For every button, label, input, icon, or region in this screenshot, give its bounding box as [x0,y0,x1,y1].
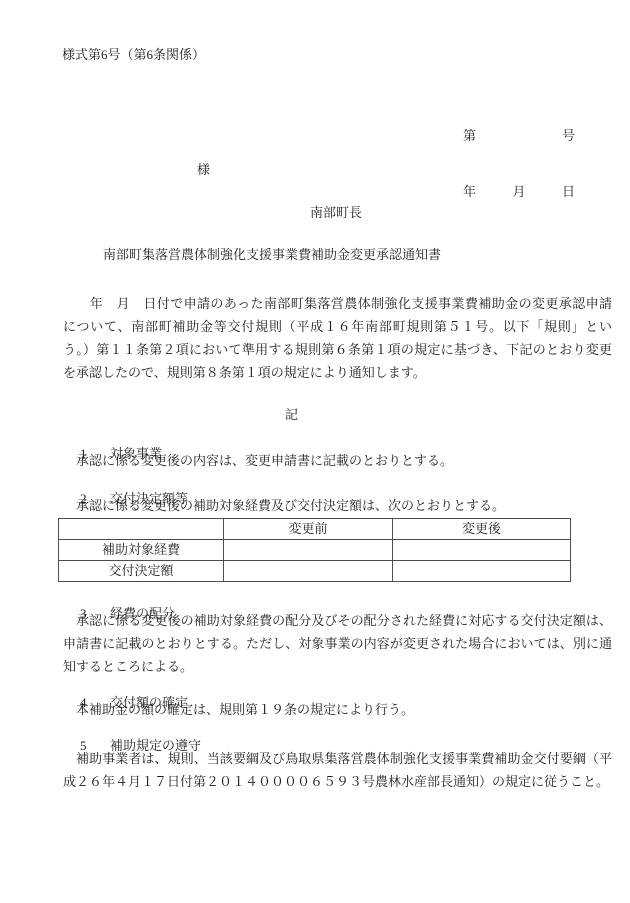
doc-number-prefix: 第 [463,124,476,148]
change-comparison-table: 変更前 変更後 補助対象経費 交付決定額 [58,518,571,582]
doc-number-line: 第 号 [463,124,575,148]
row-label-grant-amount: 交付決定額 [59,561,224,582]
date-day-label: 日 [562,180,575,204]
intro-line: を承認したので、規則第８条第１項の規定により通知します。 [63,361,612,384]
doc-number-suffix: 号 [562,124,575,148]
record-marker: 記 [285,407,298,423]
section-body-line: 承認に係る変更後の内容は、変更申請書に記載のとおりとする。 [63,449,612,472]
subsidy-expenses-after-cell [393,540,571,561]
section-body-line: 本補助金の額の確定は、規則第１９条の規定により行う。 [63,698,612,721]
section-2-body: 承認に係る変更後の補助対象経費及び交付決定額は、次のとおりとする。 [63,494,612,517]
intro-line: について、南部町補助金等交付規則（平成１６年南部町規則第５１号。以下「規則」とい [63,315,612,338]
section-body-line: 補助事業者は、規則、当該要綱及び鳥取県集落営農体制強化支援事業費補助金交付要綱（… [63,747,612,770]
section-4-body: 本補助金の額の確定は、規則第１９条の規定により行う。 [63,698,612,721]
row-label-subsidy-expenses: 補助対象経費 [59,540,224,561]
sender-title: 南部町長 [310,205,362,221]
document-title: 南部町集落営農体制強化支援事業費補助金変更承認通知書 [103,247,441,263]
date-line: 年 月 日 [463,180,575,204]
table-header-empty-cell [59,519,224,540]
doc-number-date-block: 第 号 年 月 日 [463,92,575,236]
form-number: 様式第6号（第6条関係） [62,47,205,63]
subsidy-expenses-before-cell [224,540,393,561]
table-row: 補助対象経費 [59,540,571,561]
section-1-body: 承認に係る変更後の内容は、変更申請書に記載のとおりとする。 [63,449,612,472]
date-month-label: 月 [512,180,525,204]
section-body-line: 承認に係る変更後の補助対象経費及び交付決定額は、次のとおりとする。 [63,494,612,517]
section-body-line: 知するところによる。 [63,655,612,678]
section-body-line: 申請書に記載のとおりとする。ただし、対象事業の内容が変更された場合においては、別… [63,632,612,655]
table-header-after: 変更後 [393,519,571,540]
intro-line: う。）第１１条第２項において準用する規則第６条第１項の規定に基づき、下記のとおり… [63,338,612,361]
section-body-line: 承認に係る変更後の補助対象経費の配分及びその配分された経費に対応する交付決定額は… [63,609,612,632]
table-row: 交付決定額 [59,561,571,582]
section-3-body: 承認に係る変更後の補助対象経費の配分及びその配分された経費に対応する交付決定額は… [63,609,612,678]
table-header-before: 変更前 [224,519,393,540]
document-page: 様式第6号（第6条関係） 第 号 年 月 日 様 南部町長 南部町集落営農体制強… [0,0,630,903]
section-5-body: 補助事業者は、規則、当該要綱及び鳥取県集落営農体制強化支援事業費補助金交付要綱（… [63,747,612,793]
date-year-label: 年 [463,180,476,204]
grant-amount-after-cell [393,561,571,582]
table-header-row: 変更前 変更後 [59,519,571,540]
grant-amount-before-cell [224,561,393,582]
intro-line: 年 月 日付で申請のあった南部町集落営農体制強化支援事業費補助金の変更承認申請 [63,292,612,315]
intro-paragraph: 年 月 日付で申請のあった南部町集落営農体制強化支援事業費補助金の変更承認申請 … [63,292,612,384]
addressee-honorific: 様 [197,162,210,178]
section-body-line: 成２６年４月１７日付第２０１４００００６５９３号農林水産部長通知）の規定に従うこ… [63,770,612,793]
